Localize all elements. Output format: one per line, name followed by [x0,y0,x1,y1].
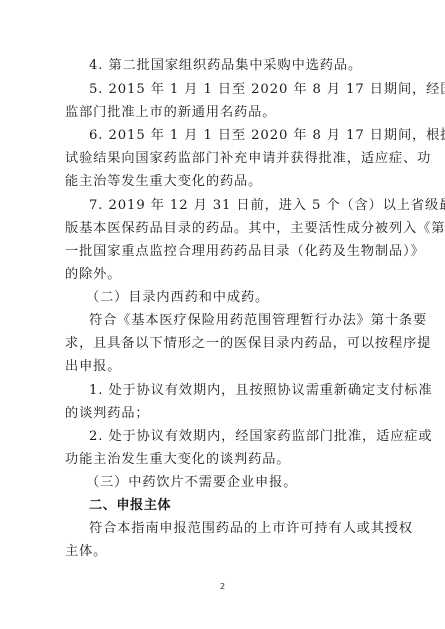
paragraph: 符合本指南申报范围药品的上市许可持有人或其授权 [89,519,377,539]
section-heading-3: （三）中药饮片不需要企业申报。 [86,473,374,493]
chapter-heading: 二、申报主体 [89,496,377,516]
list-item-5: 5. 2015 年 1 月 1 日至 2020 年 8 月 17 日期间，经国家… [89,80,377,100]
list-item-5-cont: 监部门批准上市的新通用名药品。 [65,103,377,123]
list-item-7-cont: 版基本医保药品目录的药品。其中，主要活性成分被列入《第 [65,219,377,239]
list-item-6: 6. 2015 年 1 月 1 日至 2020 年 8 月 17 日期间，根据临… [89,126,377,146]
paragraph-cont: 出申报。 [65,357,377,377]
list-item-7-cont: 的除外。 [65,265,377,285]
sub-item-1-cont: 的谈判药品； [65,404,377,424]
paragraph-cont: 主体。 [65,542,377,562]
list-item-7-cont: 一批国家重点监控合理用药药品目录（化药及生物制品）》 [65,242,377,262]
paragraph: 符合《基本医疗保险用药范围管理暂行办法》第十条要 [89,311,377,331]
paragraph-cont: 求，且具备以下情形之一的医保目录内药品，可以按程序提 [65,334,377,354]
list-item-6-cont: 能主治等发生重大变化的药品。 [65,172,377,192]
page-number: 2 [0,582,445,591]
list-item-6-cont: 试验结果向国家药监部门补充申请并获得批准，适应症、功 [65,149,377,169]
sub-item-1: 1. 处于协议有效期内，且按照协议需重新确定支付标准 [89,381,377,401]
list-item-7: 7. 2019 年 12 月 31 日前，进入 5 个（含）以上省级最新 [89,196,377,216]
sub-item-2: 2. 处于协议有效期内，经国家药监部门批准，适应症或 [89,427,377,447]
list-item-4: 4. 第二批国家组织药品集中采购中选药品。 [89,56,377,76]
sub-item-2-cont: 功能主治发生重大变化的谈判药品。 [65,450,377,470]
section-heading-2: （二）目录内西药和中成药。 [86,288,374,308]
